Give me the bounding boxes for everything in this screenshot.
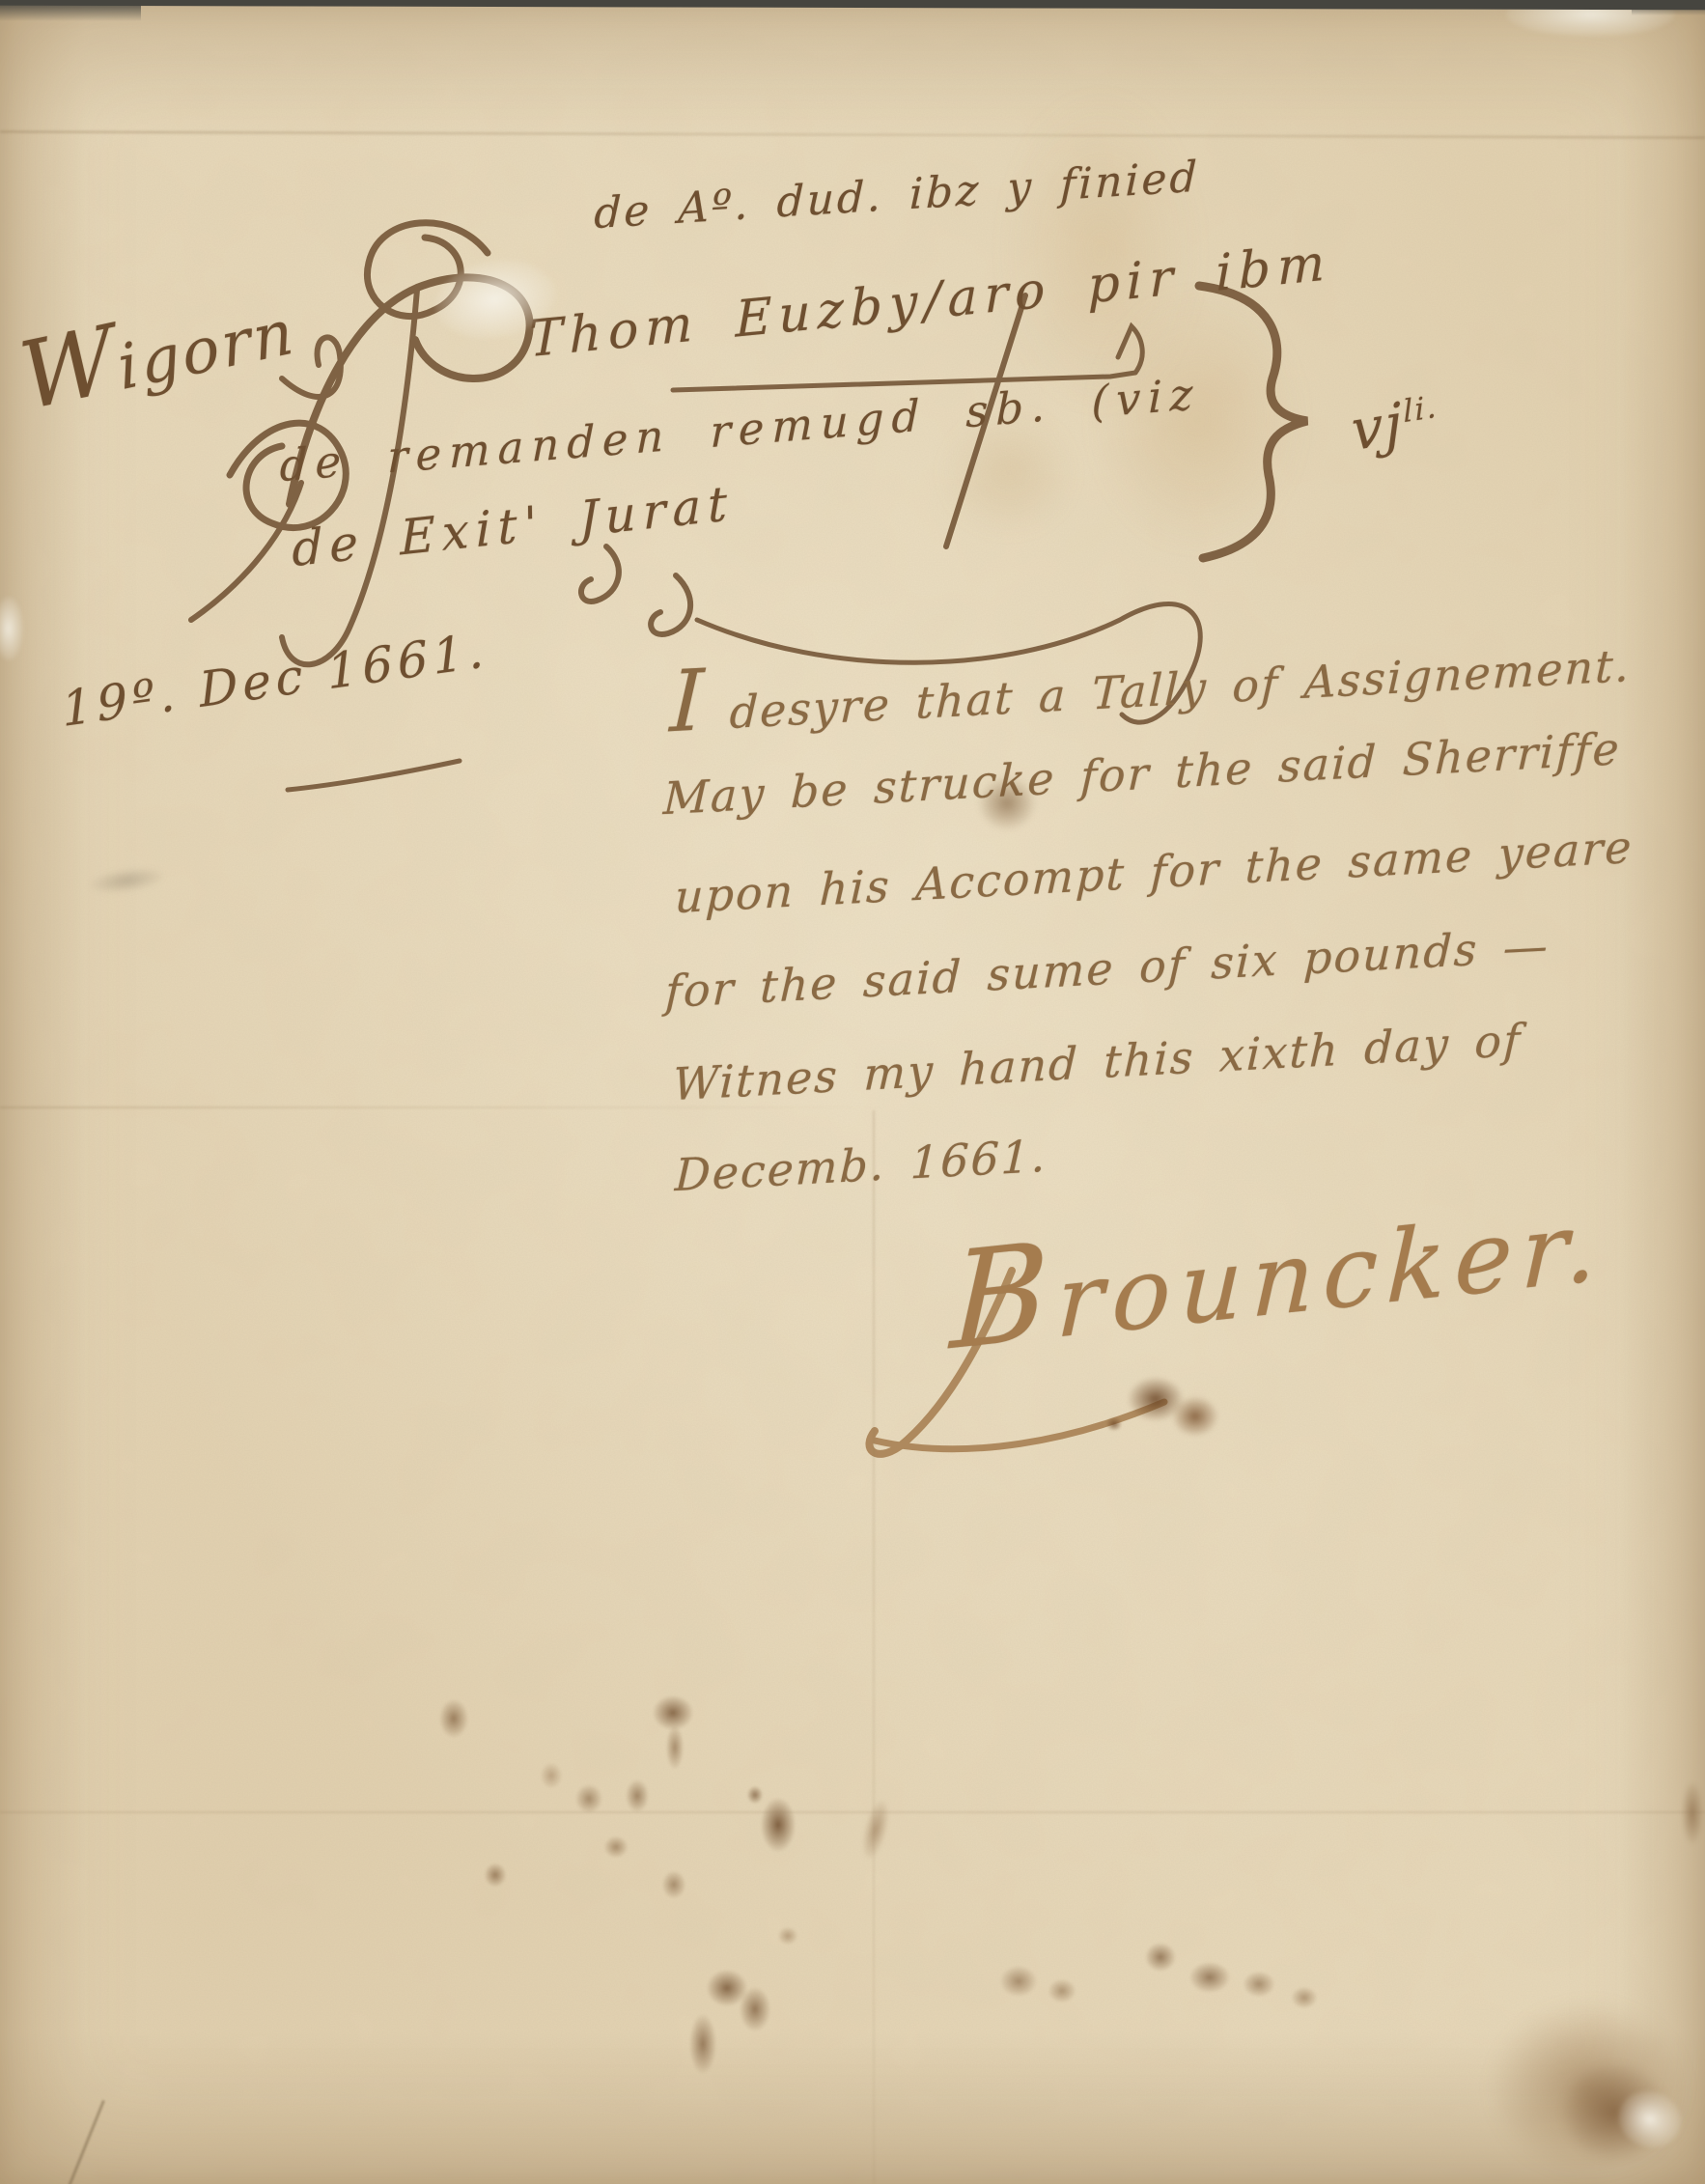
ink-spot [761,1798,796,1852]
date-note: 19º. Dec 1661. [60,622,489,738]
ink-spot [1048,1979,1076,2002]
ink-spot [689,2014,716,2074]
ink-spot [1000,1966,1037,1997]
body-line: Decemb. 1661. [674,1130,1048,1201]
scan-edge-top [0,0,1705,10]
large-stain-core [1559,2061,1670,2163]
body-line: for the said sume of six pounds — [664,919,1551,1018]
header-line-1: de Aº. dud. ibz y finied [594,153,1201,239]
ink-spot [653,1695,693,1730]
manuscript-page: Wigorn de Aº. dud. ibz y finied Thom Euz… [0,0,1705,2184]
paper-tear [1506,0,1675,37]
large-stain [1487,1999,1690,2177]
header-line-2: Thom Euzby/aro pir ibm [529,234,1331,369]
corner-crease [68,2100,105,2184]
ink-blot [1128,1377,1184,1421]
ink-spot [541,1763,562,1788]
fold-crease [0,1106,888,1108]
ink-spot [626,1779,649,1812]
amount-superscript: li. [1402,387,1439,430]
ink-spot [707,1970,747,2006]
margin-note: Wigorn [14,266,301,432]
signature: Brouncker. [948,1156,1608,1381]
smudge [88,864,166,898]
ink-spot [747,1786,763,1804]
ink-spot [1292,1987,1317,2008]
fold-crease [0,1811,1705,1813]
ink-spot [1682,1782,1703,1844]
ink-spot [740,1987,770,2031]
ink-spot [662,1871,685,1898]
body-line: Witnes my hand this xixth day of [672,1014,1523,1110]
amount-value: vj [1350,389,1406,463]
ink-spot [1189,1962,1230,1993]
scan-edge-top-right [1632,0,1705,15]
ink-blot [1106,1417,1122,1431]
fold-crease [0,130,1705,139]
body-line: upon his Accompt for the same yeare [674,821,1634,923]
fold-crease [873,1110,875,2184]
ink-spot [575,1784,602,1813]
paper-damage [0,597,23,660]
ink-spot [604,1836,628,1858]
ink-spot [439,1699,468,1738]
ink-spot [858,1798,893,1861]
ink-spot [1145,1943,1176,1972]
ink-spot [485,1863,506,1887]
ink-spot [778,1927,797,1945]
header-line-3: de remanden remugd sb. (viz [280,368,1201,491]
amount-note: vjli. [1350,384,1440,464]
paper-tear [1610,2082,1690,2156]
ink-blot [1172,1396,1218,1437]
scan-edge-top-left [0,0,141,21]
header-line-4: de Exit' Jurat [292,475,734,577]
ink-spot [666,1726,684,1769]
ink-spot [1244,1972,1274,1997]
